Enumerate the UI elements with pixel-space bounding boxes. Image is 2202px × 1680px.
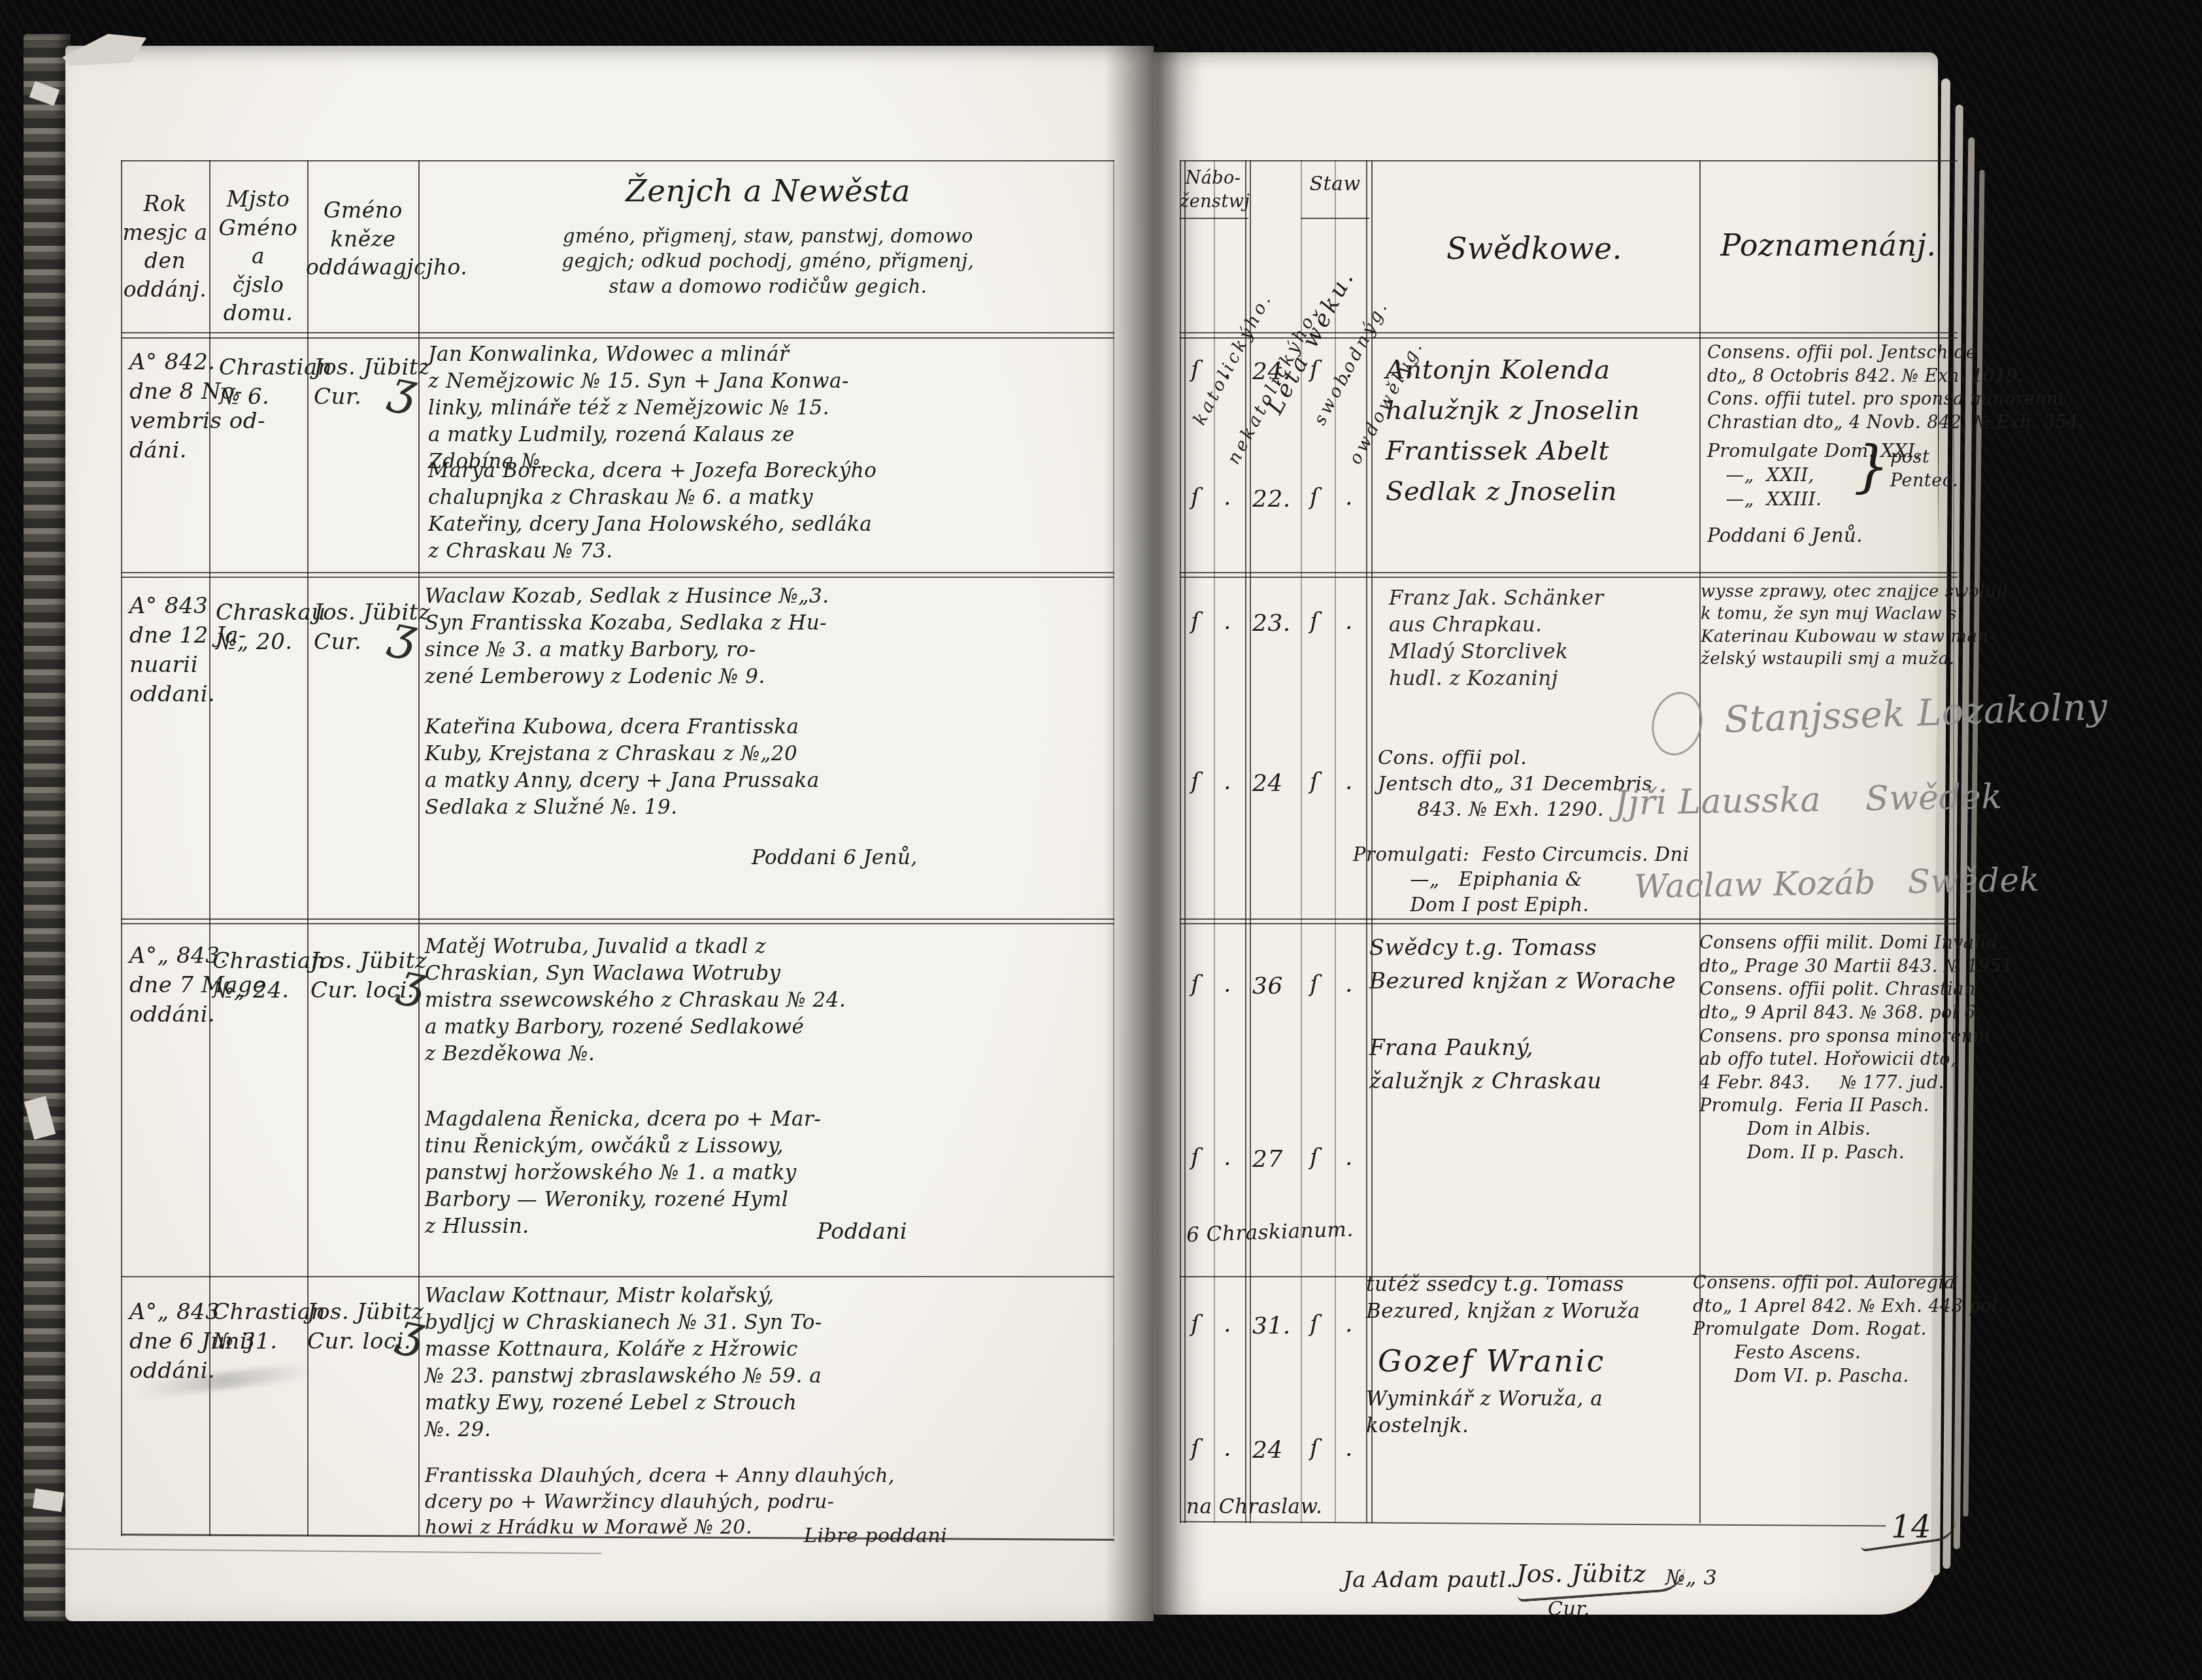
row1-bride: Marya Borecka, dcera + Jozefa Boreckýho … [428,458,876,565]
table-rule [1180,160,1181,1523]
row3-groom-noncatholic-mark: . [1224,971,1231,998]
row3-groom-single-tick: ſ [1310,971,1318,998]
row4-bride-single-tick: ſ [1310,1435,1318,1462]
header-date-column: Rok mesjc a den oddánj. [118,190,212,303]
footer-celebrant-title: Cur. [1548,1596,1590,1622]
row2-closing: Poddani 6 Jenů, [752,845,918,871]
row3-bride-single-tick: ſ [1310,1144,1318,1171]
row4-bride-widowed-mark: . [1345,1435,1352,1462]
table-rule [1180,918,1958,920]
row1-notes: Consens. offii pol. Jentsch de dto„ 8 Oc… [1707,341,2084,435]
table-rule [121,160,1114,161]
row3-groom-catholic-tick: ſ [1191,971,1199,998]
row3-bride-catholic-tick: ſ [1191,1144,1199,1171]
row1-promulgation-right: post Pentec. [1890,446,1958,492]
row3-bride-age: 27 [1252,1144,1283,1175]
row2-bride-age: 24 [1252,768,1283,799]
book-spine-edge [24,34,71,1621]
row1-groom-catholic-tick: ſ [1191,356,1199,383]
row2-groom-widowed-mark: . [1345,608,1352,635]
row2-groom-age: 23. [1252,608,1291,639]
row1-groom-single-tick: ſ [1310,356,1318,383]
header-priest-column: Gméno kněze oddáwagjcjho. [306,196,420,282]
table-rule [1245,160,1246,1523]
table-rule [1335,160,1336,1523]
row1-bride-widowed-mark: . [1345,484,1352,511]
row3-bride-noncatholic-mark: . [1224,1144,1231,1171]
table-rule [121,923,1114,924]
row3-place: Chrastian №„ 24. [212,947,325,1005]
row1-witnesses: Antonjn Kolenda halužnjk z Jnoselin Fran… [1386,350,1640,512]
row4-bride-catholic-tick: ſ [1191,1435,1199,1462]
row4-bride-age: 24 [1252,1435,1283,1466]
row2-witnesses-consent: Cons. offii pol. Jentsch dto„ 31 Decembr… [1378,745,1652,823]
row4-groom-single-tick: ſ [1310,1311,1318,1337]
table-rule [1180,572,1958,573]
row2-bride-noncatholic-mark: . [1224,768,1231,795]
table-rule [1184,160,1186,1523]
row3-witnesses: Swědcy t.g. Tomass Bezured knjžan z Wora… [1369,932,1676,1098]
row1-bride-catholic-tick: ſ [1191,484,1199,511]
scanned-register-spread: Rok mesjc a den oddánj. Mjsto Gméno a čj… [0,0,2202,1680]
row1-bride-single-tick: ſ [1310,484,1318,511]
row2-groom: Waclaw Kozab, Sedlak z Husince №„3. Syn … [425,583,829,690]
row1-notes-closing: Poddani 6 Jenů. [1707,523,1863,548]
row2-bride-catholic-tick: ſ [1191,768,1199,795]
row1-groom-widowed-mark: . [1345,356,1352,383]
row3-closing: Poddani [817,1217,907,1246]
table-rule [1180,923,1958,924]
row4-witnesses: tutéž ssedcy t.g. Tomass Bezured, knjžan… [1366,1271,1640,1325]
row1-groom-noncatholic-mark: . [1224,356,1231,383]
table-rule [1113,160,1114,1536]
row4-groom-noncatholic-mark: . [1224,1311,1231,1337]
row3-bride: Magdalena Řenicka, dcera po + Mar- tinu … [425,1106,821,1240]
header-couple-subtitle: gméno, přigmenj, staw, panstwj, domowo g… [422,224,1114,299]
row1-groom: Jan Konwalinka, Wdowec a mlinář z Nemějz… [428,341,849,475]
row4-bride-noncatholic-mark: . [1224,1435,1231,1462]
table-rule [121,1276,1114,1277]
header-notes-column: Poznamenánj. [1699,226,1958,265]
row2-witnesses: Franz Jak. Schänker aus Chrapkau. Mladý … [1389,585,1604,692]
row2-note-ink: wysse zprawy, otec znajjce swoluji k tom… [1701,580,2008,670]
row2-groom-noncatholic-mark: . [1224,608,1231,635]
row1-bride-age: 22. [1252,484,1291,515]
header-religion-group: Nábo- ženstwj [1180,167,1246,213]
row2-groom-single-tick: ſ [1310,608,1318,635]
table-rule [121,337,1114,339]
row4-groom-widowed-mark: . [1345,1311,1352,1337]
header-witnesses-column: Swědkowe. [1369,229,1699,269]
row2-bride: Kateřina Kubowa, dcera Frantisska Kuby, … [425,714,820,821]
row3-groom-age: 36 [1252,971,1283,1002]
table-rule [121,918,1114,920]
footer-entry-note: Ja Adam pautl. [1343,1566,1514,1595]
row3-notes: Consens offii milit. Domi Invalid. dto„ … [1699,932,2019,1164]
promulgation-brace: } [1854,430,1890,505]
row2-signature-3: Waclaw Kozáb Swědek [1633,858,2039,909]
row1-groom-age: 24. [1252,356,1291,388]
row4-witnesses-name: Gozef Wranic [1378,1341,1605,1381]
table-rule [1180,577,1958,578]
table-rule [121,160,122,1536]
row4-groom: Waclaw Kottnaur, Mistr kolařský, bydljcj… [425,1283,822,1443]
table-rule [121,577,1114,578]
row2-bride-widowed-mark: . [1345,768,1352,795]
row4-witnesses-detail: Wyminkář z Woruža, a kostelnjk. [1366,1386,1603,1439]
row1-bride-noncatholic-mark: . [1224,484,1231,511]
header-place-column: Mjsto Gméno a čjslo domu. [209,185,307,328]
row2-groom-catholic-tick: ſ [1191,608,1199,635]
row2-place: Chraskau №„ 20. [216,598,326,657]
row4-notes: Consens. offii pol. Auloregia dto„ 1 Apr… [1693,1271,2003,1388]
row3-groom-widowed-mark: . [1345,971,1352,998]
header-status-group: Staw [1301,171,1369,197]
row3-bride-widowed-mark: . [1345,1144,1352,1171]
table-rule [1214,160,1215,1523]
row4-side-note: na Chraslaw. [1186,1494,1322,1520]
row2-bride-single-tick: ſ [1310,768,1318,795]
header-couple-title: Ženjch a Newěsta [422,171,1114,212]
row4-groom-catholic-tick: ſ [1191,1311,1199,1337]
table-rule [1180,160,1958,161]
table-rule [121,572,1114,573]
torn-paper-chip [33,1488,64,1512]
table-rule [1250,160,1251,1523]
row3-groom: Matěj Wotruba, Juvalid a tkadl z Chraski… [425,933,846,1067]
row2-signature-2: Jjři Lausska Swědek [1614,775,2003,826]
row4-groom-age: 31. [1252,1311,1291,1342]
table-rule [121,332,1114,333]
row4-closing: Libre poddani [804,1523,947,1549]
